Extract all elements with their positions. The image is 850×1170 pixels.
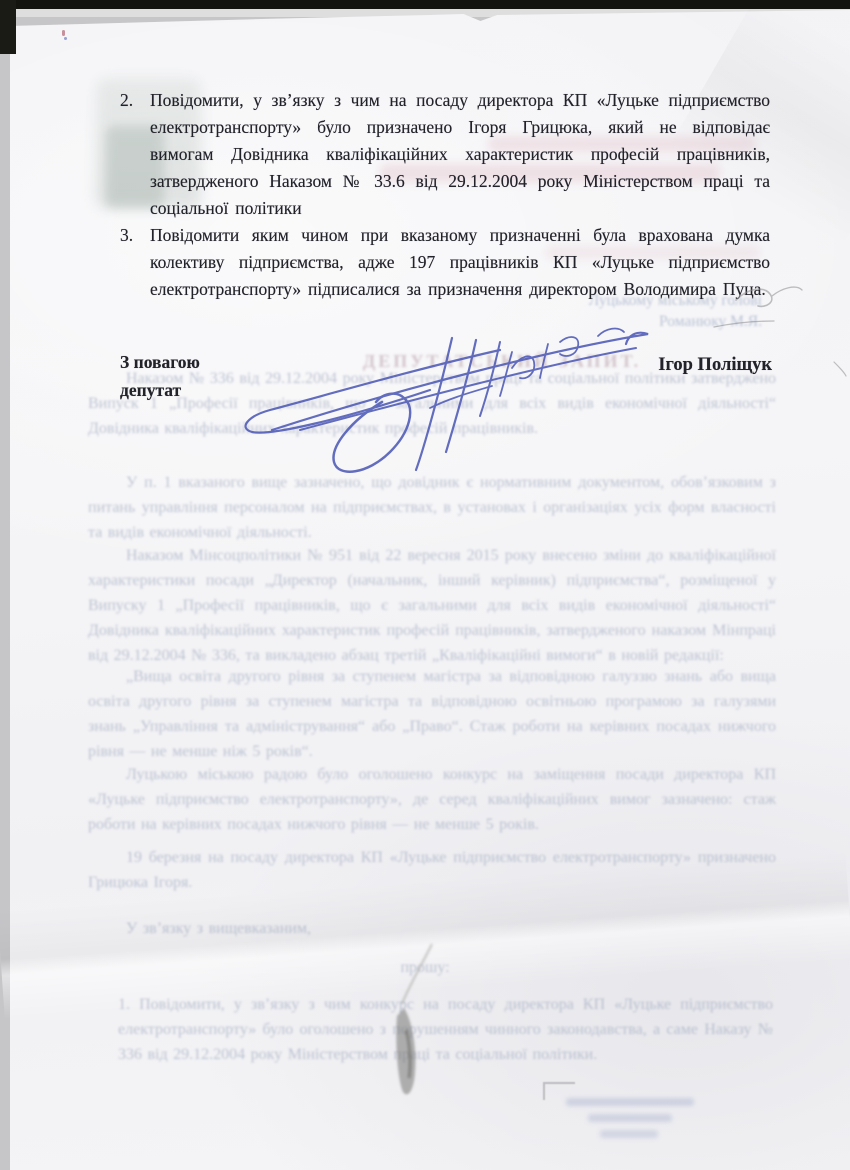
handwriting-layer (0, 0, 850, 1170)
signature-ink (246, 329, 648, 472)
scanned-document-page: Луцькому міському голові Романюку М.Я. Д… (0, 0, 850, 1170)
pencil-scribble (714, 287, 846, 376)
ink-smudge (396, 944, 432, 1094)
